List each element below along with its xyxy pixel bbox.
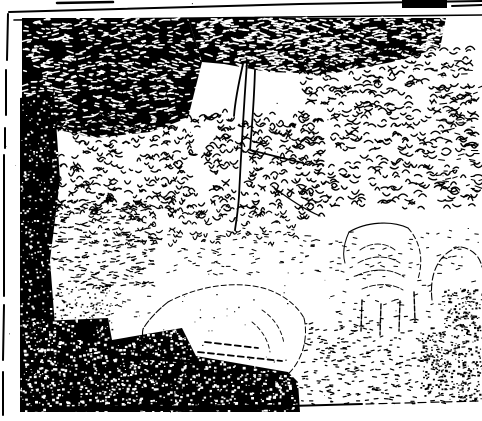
standing-sheep-rear — [408, 228, 421, 279]
engraving-canvas — [0, 0, 482, 421]
ground-baseline-heavy — [55, 407, 290, 409]
right-edge-dark-figure — [444, 288, 482, 402]
reclining-sheep-back — [168, 285, 304, 318]
standing-sheep-neck — [344, 232, 349, 263]
frame-left-border — [3, 14, 8, 415]
reclining-sheep-fleece-speckle — [181, 294, 289, 366]
midground-grass-right — [330, 230, 478, 314]
ground-baseline-mid — [290, 404, 362, 406]
ground-baseline-light — [366, 401, 480, 404]
midground-grass-center — [151, 228, 342, 275]
frame-top-right-dash — [452, 5, 482, 6]
reclining-sheep-belly-shadow — [198, 342, 282, 361]
standing-sheep-legs — [361, 292, 415, 335]
ground-shadow-dark — [22, 318, 300, 412]
standing-sheep-back — [349, 223, 408, 232]
grass-band-right — [300, 316, 476, 405]
frame-top-right-blotch — [402, 0, 447, 8]
reclining-sheep-rump — [288, 318, 306, 374]
standing-sheep-fleece-swirls — [356, 244, 404, 290]
engraving-figure — [0, 0, 482, 421]
reclining-sheep-haunch-lines — [252, 310, 284, 352]
frame-top-edge-mark — [57, 2, 113, 3]
